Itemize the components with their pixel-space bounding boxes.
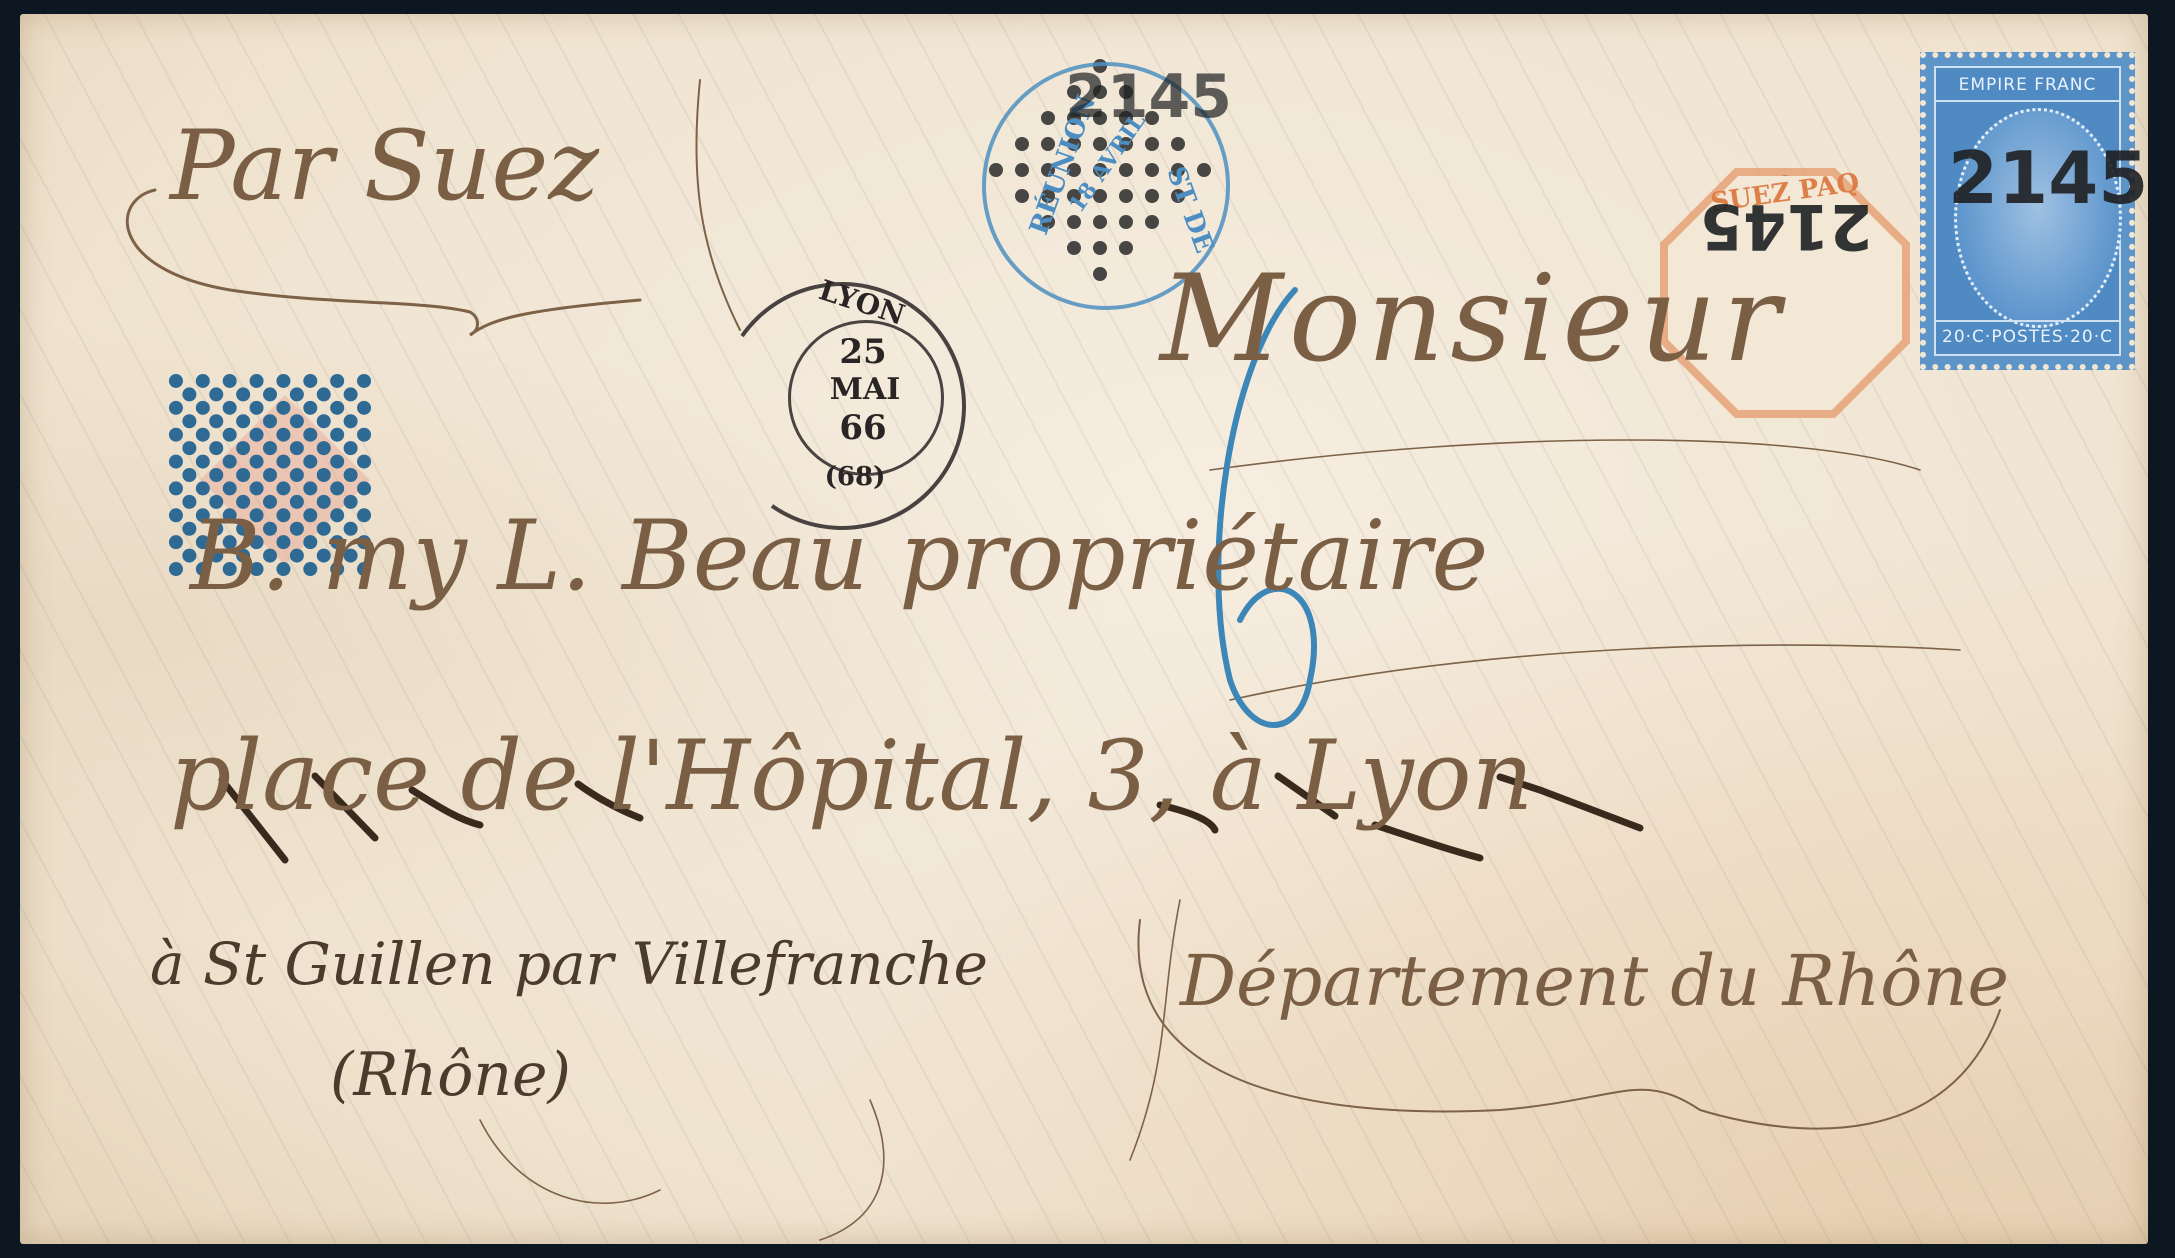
stamp-top-legend: EMPIRE FRANC [1936, 70, 2119, 102]
lyon-month: MAI [815, 372, 915, 407]
numeral-cancel-strike-1: 2145 [1065, 62, 1232, 132]
postage-stamp: EMPIRE FRANC 20·C·POSTES·20·C 2145 [1920, 52, 2135, 370]
route-endorsement: Par Suez [170, 110, 599, 222]
lyon-year: 66 [833, 408, 893, 448]
lyon-department: (68) [815, 462, 895, 492]
address-line-4: Département du Rhône [1180, 940, 2009, 1022]
stamp-bottom-legend: 20·C·POSTES·20·C [1936, 320, 2119, 352]
address-line-1: Monsieur [1160, 250, 1786, 389]
redirect-line-2: (Rhône) [330, 1040, 571, 1110]
redirect-line-1: à St Guillen par Villefranche [150, 930, 988, 998]
lyon-day: 25 [833, 332, 893, 372]
stamp-cancel-number: 2145 [1948, 136, 2148, 220]
